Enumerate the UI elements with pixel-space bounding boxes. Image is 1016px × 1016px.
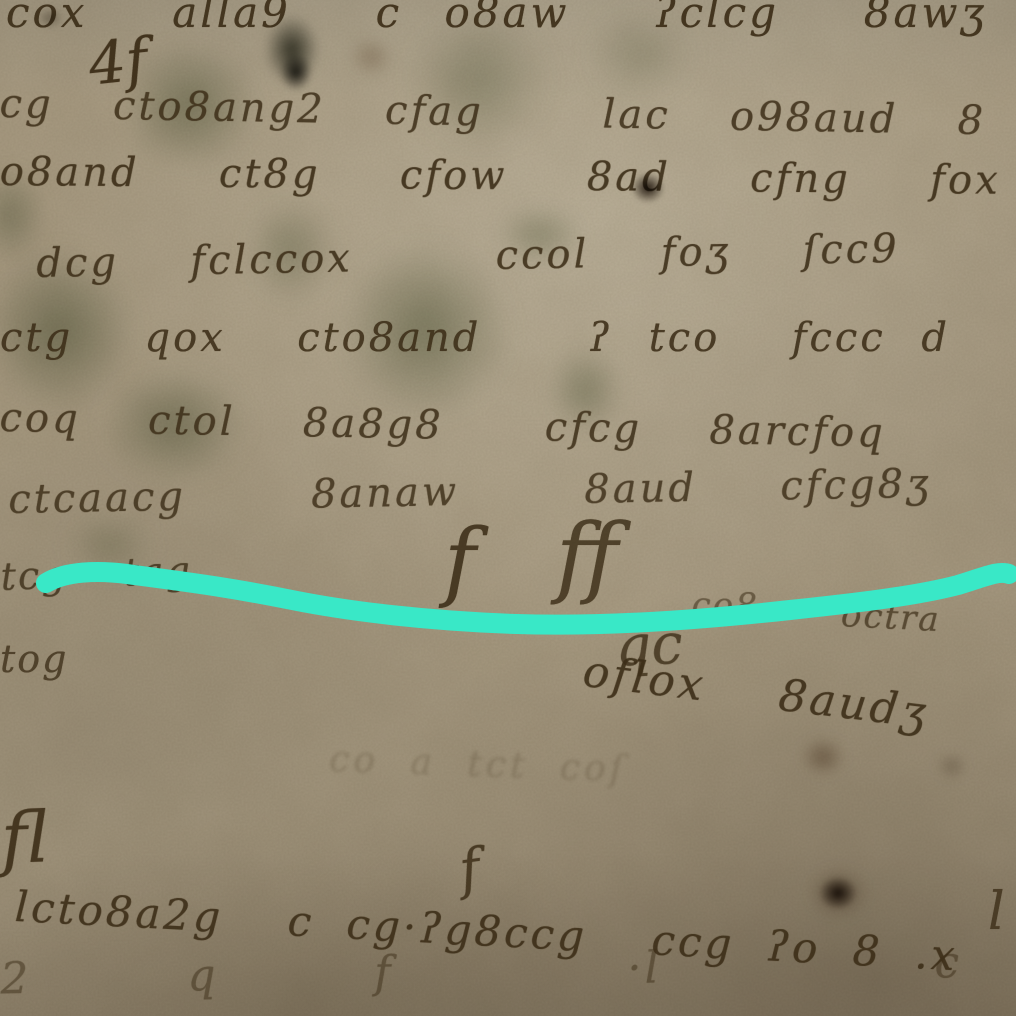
- gallows-glyph-6: f: [456, 841, 483, 897]
- parchment-stain: [535, 330, 635, 450]
- cyan-highlight-stroke: [46, 572, 1009, 625]
- annotation-layer: [0, 0, 1016, 1016]
- script-line-6: coq ctol 8a8g8 cfcg 8arcfoq: [0, 398, 886, 453]
- script-line-4: dcg fclccox ccol foʒ ſcc9: [36, 229, 900, 284]
- script-line-12-partial: 2 q f ·l c: [0, 941, 962, 1002]
- grain-blotch-rect: [0, 0, 1016, 1016]
- edge-mark-right: l: [988, 886, 1005, 938]
- script-line-8-left: tcg tag: [0, 551, 193, 596]
- script-line-8-mid: co8: [691, 588, 759, 623]
- script-line-10: oflox 8audʒ: [581, 650, 931, 736]
- script-layer: cox alla9 c o8aw ʔclcg 8awʒ4fcg cto8ang2…: [0, 0, 1016, 1016]
- stain-layer: [0, 0, 1016, 1016]
- parchment-stain: [75, 345, 275, 505]
- manuscript-page: cox alla9 c o8aw ʔclcg 8awʒ4fcg cto8ang2…: [0, 0, 1016, 1016]
- ink-blot: [347, 37, 395, 77]
- parchment-stain: [305, 205, 545, 455]
- ink-blot: [814, 872, 862, 914]
- gallows-glyph-5: fl: [0, 802, 49, 874]
- parchment-stain: [50, 507, 170, 583]
- parchment-stain: [230, 180, 350, 320]
- parchment-stain: [95, 15, 285, 195]
- ink-blot: [276, 48, 316, 96]
- ghost-scribble: co a tct coſ: [329, 742, 628, 788]
- parchment-stain: [0, 150, 55, 280]
- grain-fine-rect: [0, 0, 1016, 1016]
- parchment-stain: [385, 0, 575, 175]
- ink-blot: [934, 751, 970, 781]
- ink-blot: [258, 6, 326, 94]
- ink-blot: [627, 169, 669, 207]
- gallows-glyph-1: 4f: [86, 30, 150, 94]
- script-line-11: lcto8a2g c cg·ʔg8ccg ccg ʔo 8 .x: [14, 886, 959, 977]
- blot-layer: [0, 0, 1016, 1016]
- gallows-glyph-4: qc: [614, 616, 684, 675]
- gallows-glyph-3: ff: [556, 512, 618, 600]
- script-line-3: o8and ct8g cfow 8ad cfng fox: [0, 152, 1001, 201]
- parchment-stain: [480, 195, 600, 275]
- ink-blot: [800, 860, 876, 926]
- gallows-glyph-2: f: [444, 518, 476, 604]
- parchment-stain: [0, 215, 165, 445]
- script-line-2: cg cto8ang2 cfag lac o98aud 8: [0, 84, 986, 141]
- parchment-grain-texture: [0, 0, 1016, 1016]
- script-line-9: tog: [0, 640, 68, 678]
- ink-blot: [34, 6, 66, 30]
- ink-blot: [795, 733, 851, 781]
- script-line-5: ctg qox cto8and ʔ tco fccc d: [0, 318, 950, 358]
- script-line-7: ctcaacg 8anaw 8aud cfcg8ʒ: [8, 464, 932, 520]
- script-line-8-right: octra: [840, 598, 941, 637]
- script-line-1: cox alla9 c o8aw ʔclcg 8awʒ: [6, 0, 987, 34]
- parchment-stain: [570, 0, 710, 115]
